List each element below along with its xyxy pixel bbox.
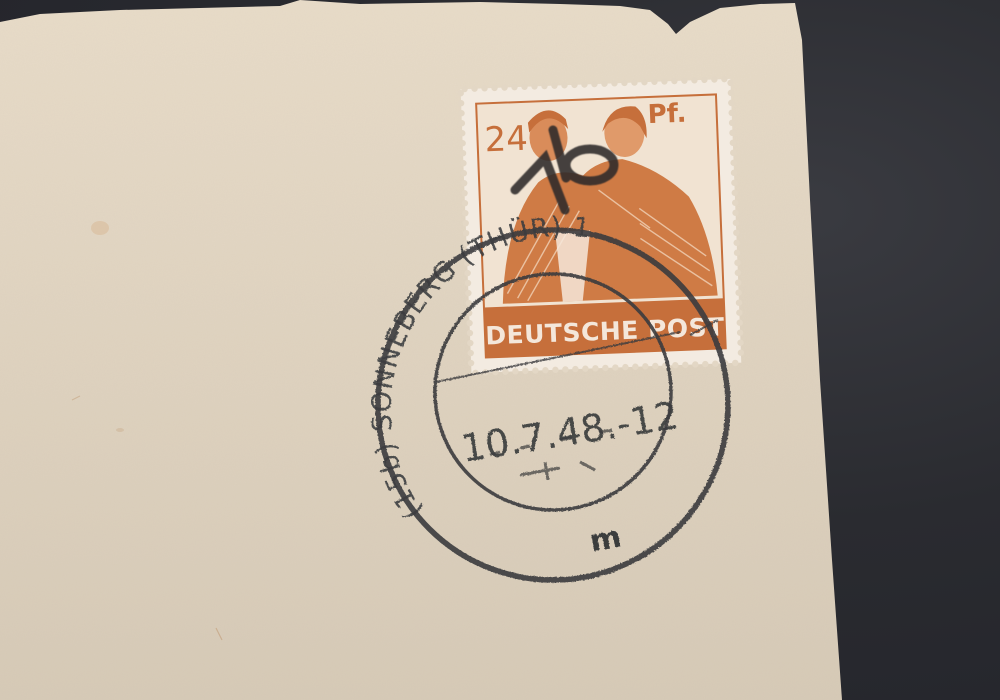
paper-stain [91,221,109,235]
envelope-illustration: 24 Pf. DEUTSCHE POST (15b) SONNEBERG (TH… [0,0,1000,700]
stamp-unit: Pf. [647,99,687,130]
postmark-code-letter: m [587,520,624,560]
stamp-denomination: 24 [484,119,529,161]
photo-scene: 24 Pf. DEUTSCHE POST (15b) SONNEBERG (TH… [0,0,1000,700]
